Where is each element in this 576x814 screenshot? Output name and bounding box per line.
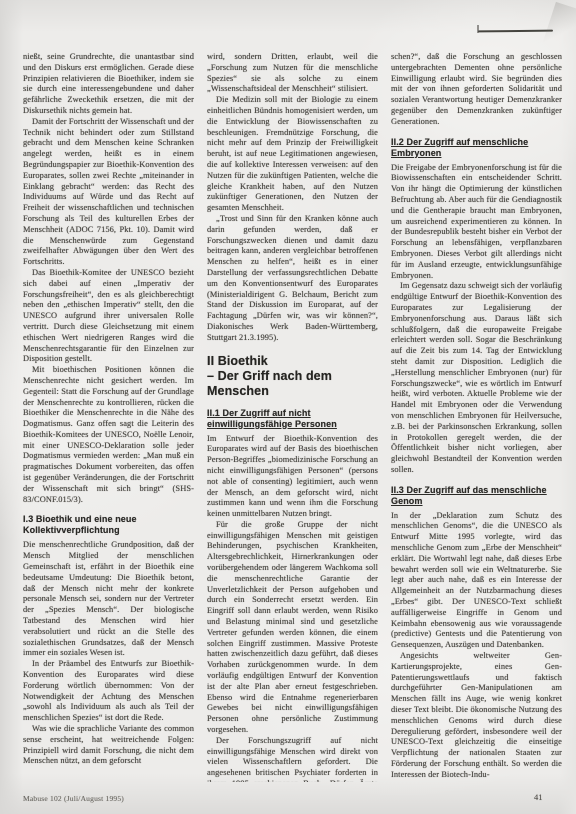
paragraph: In der Präambel des Entwurfs zur Bioethi… [23, 659, 194, 724]
scan-corner-smudge [542, 2, 576, 56]
paragraph: Was wie die sprachliche Variante des com… [23, 724, 194, 767]
paragraph: Angesichts weltweiter Gen-Kartierungspro… [391, 651, 562, 781]
paragraph: Das Bioethik-Komitee der UNESCO bezieht … [23, 268, 194, 365]
page-number: 41 [534, 792, 543, 802]
article-heading-line1: II Bioethik [207, 354, 378, 369]
paragraph: Die Medizin soll mit der Biologie zu ein… [207, 95, 378, 214]
paragraph: „Trost und Sinn für den Kranken könne au… [207, 214, 378, 344]
paragraph: Damit der Fortschritt der Wissenschaft u… [23, 117, 194, 268]
section-heading-ii3: II.3 Der Zugriff auf das menschliche Gen… [391, 485, 562, 507]
page: nießt, seine Grundrechte, die unantastba… [0, 0, 576, 814]
paragraph: Die menschenrechtliche Grundposition, da… [23, 540, 194, 659]
column-right: schen?“, daß die Forschung an geschlosse… [391, 52, 562, 782]
paragraph: schen?“, daß die Forschung an geschlosse… [391, 52, 562, 128]
column-middle: wird, sondern Dritten, erlaubt, weil die… [207, 52, 378, 782]
paragraph: In der „Deklaration zum Schutz des mensc… [391, 511, 562, 651]
section-heading-i3: I.3 Bioethik und eine neue Kollektivverp… [23, 514, 194, 536]
paragraph: Der Forschungszugriff auf nicht einwilli… [207, 736, 378, 782]
paragraph: wird, sondern Dritten, erlaubt, weil die… [207, 52, 378, 95]
article-heading: II Bioethik – Der Griff nach dem Mensche… [207, 354, 378, 399]
paragraph: Im Gegensatz dazu schweigt sich der vorl… [391, 281, 562, 475]
paragraph: nießt, seine Grundrechte, die unantastba… [23, 52, 194, 117]
paragraph: Für die große Gruppe der nicht einwillig… [207, 520, 378, 736]
scan-artifact-tick [477, 25, 479, 33]
paragraph: Im Entwurf der Bioethik-Konvention des E… [207, 434, 378, 520]
scan-artifact-line [478, 30, 553, 33]
column-left: nießt, seine Grundrechte, die unantastba… [23, 52, 194, 782]
paragraph: Die Freigabe der Embryonenforschung ist … [391, 163, 562, 282]
article-heading-line2: – Der Griff nach dem Menschen [207, 369, 378, 399]
paragraph: Mit bioethischen Positionen können die M… [23, 365, 194, 505]
section-heading-ii1: II.1 Der Zugriff auf nicht einwilligungs… [207, 408, 378, 430]
section-heading-ii2: II.2 Der Zugriff auf menschliche Embryon… [391, 137, 562, 159]
footer-journal-info: Mabuse 102 (Juli/August 1995) [23, 794, 124, 803]
